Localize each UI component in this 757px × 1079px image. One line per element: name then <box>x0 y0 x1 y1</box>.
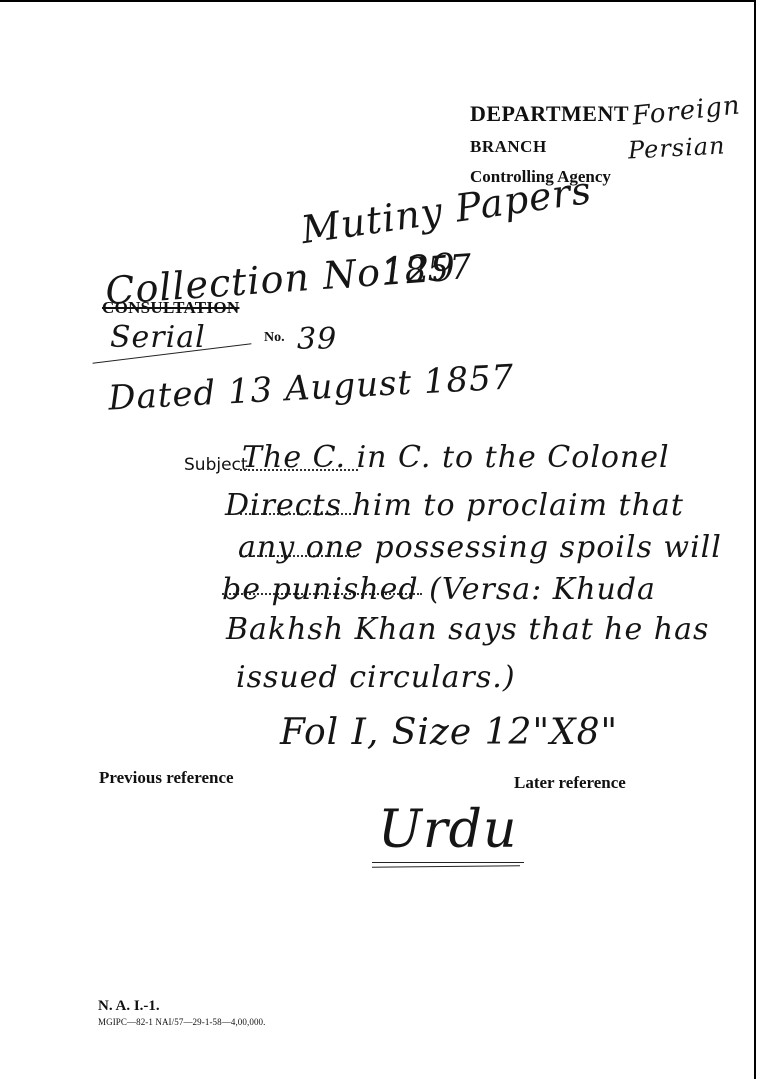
language-underline <box>372 862 524 863</box>
number-value: 39 <box>297 322 337 357</box>
dated-field: Dated 13 August 1857 <box>107 357 515 418</box>
language-underline <box>372 865 520 868</box>
subject-line: be punished (Versa: Khuda <box>222 572 656 607</box>
number-label: No. <box>264 330 285 346</box>
previous-reference-label: Previous reference <box>99 768 234 788</box>
collection-title: Mutiny Papers <box>298 168 594 252</box>
subject-line: Directs him to proclaim that <box>225 488 684 523</box>
branch-label: BRANCH <box>470 137 547 157</box>
language-note: Urdu <box>378 800 517 860</box>
form-code: N. A. I.-1. <box>98 998 160 1015</box>
subject-line: any one possessing spoils will <box>238 530 722 565</box>
subject-line: Bakhsh Khan says that he has <box>226 612 709 647</box>
subject-line: The C. in C. to the Colonel <box>242 440 670 475</box>
consultation-label: CONSULTATION <box>102 298 239 318</box>
branch-value: Persian <box>627 131 726 164</box>
page-border-right <box>754 0 756 1079</box>
serial-label: Serial <box>110 320 206 355</box>
folio-size-note: Fol I, Size 12"X8" <box>280 712 618 753</box>
department-value: Foreign <box>631 90 742 131</box>
page-border-top <box>0 0 756 2</box>
department-label: DEPARTMENT <box>470 101 629 127</box>
subject-label: Subject <box>184 455 248 475</box>
subject-line: issued circulars.) <box>236 660 516 695</box>
later-reference-label: Later reference <box>514 773 626 793</box>
printer-imprint: MGIPC—82-1 NAI/57—29-1-58—4,00,000. <box>98 1017 266 1027</box>
